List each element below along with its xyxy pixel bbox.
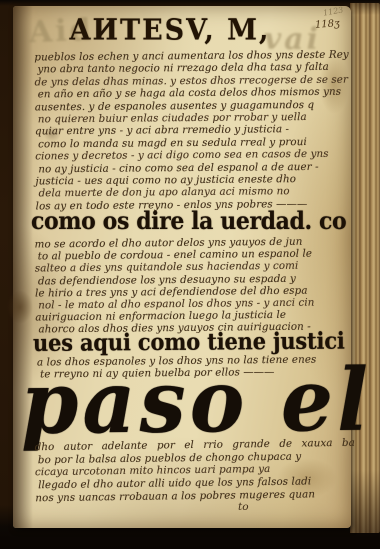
- heading-como-os-dire: como os dire la uerdad. co: [31, 206, 346, 235]
- page-number-pencil: 1123: [322, 5, 344, 17]
- paragraph-rio-grande: dho autor adelante por el rrio grande de…: [35, 437, 356, 505]
- page-title: AИTESV, M,: [13, 14, 327, 47]
- book-binding: Aid vai AИTESV, M, 1123 118ʒ pueblos los…: [0, 0, 380, 549]
- catchword: to: [238, 501, 249, 513]
- manuscript-page: Aid vai AИTESV, M, 1123 118ʒ pueblos los…: [13, 6, 351, 528]
- paragraph-yauyos: mo se acordo el dho autor delos yns yauy…: [34, 236, 314, 337]
- paragraph-justicia-remedio: pueblos los echen y anci aumentara los d…: [34, 49, 350, 213]
- page-content: Aid vai AИTESV, M, 1123 118ʒ pueblos los…: [13, 6, 351, 528]
- display-word-paso-el: paso el: [21, 358, 352, 445]
- page-number-ink: 118ʒ: [315, 18, 340, 31]
